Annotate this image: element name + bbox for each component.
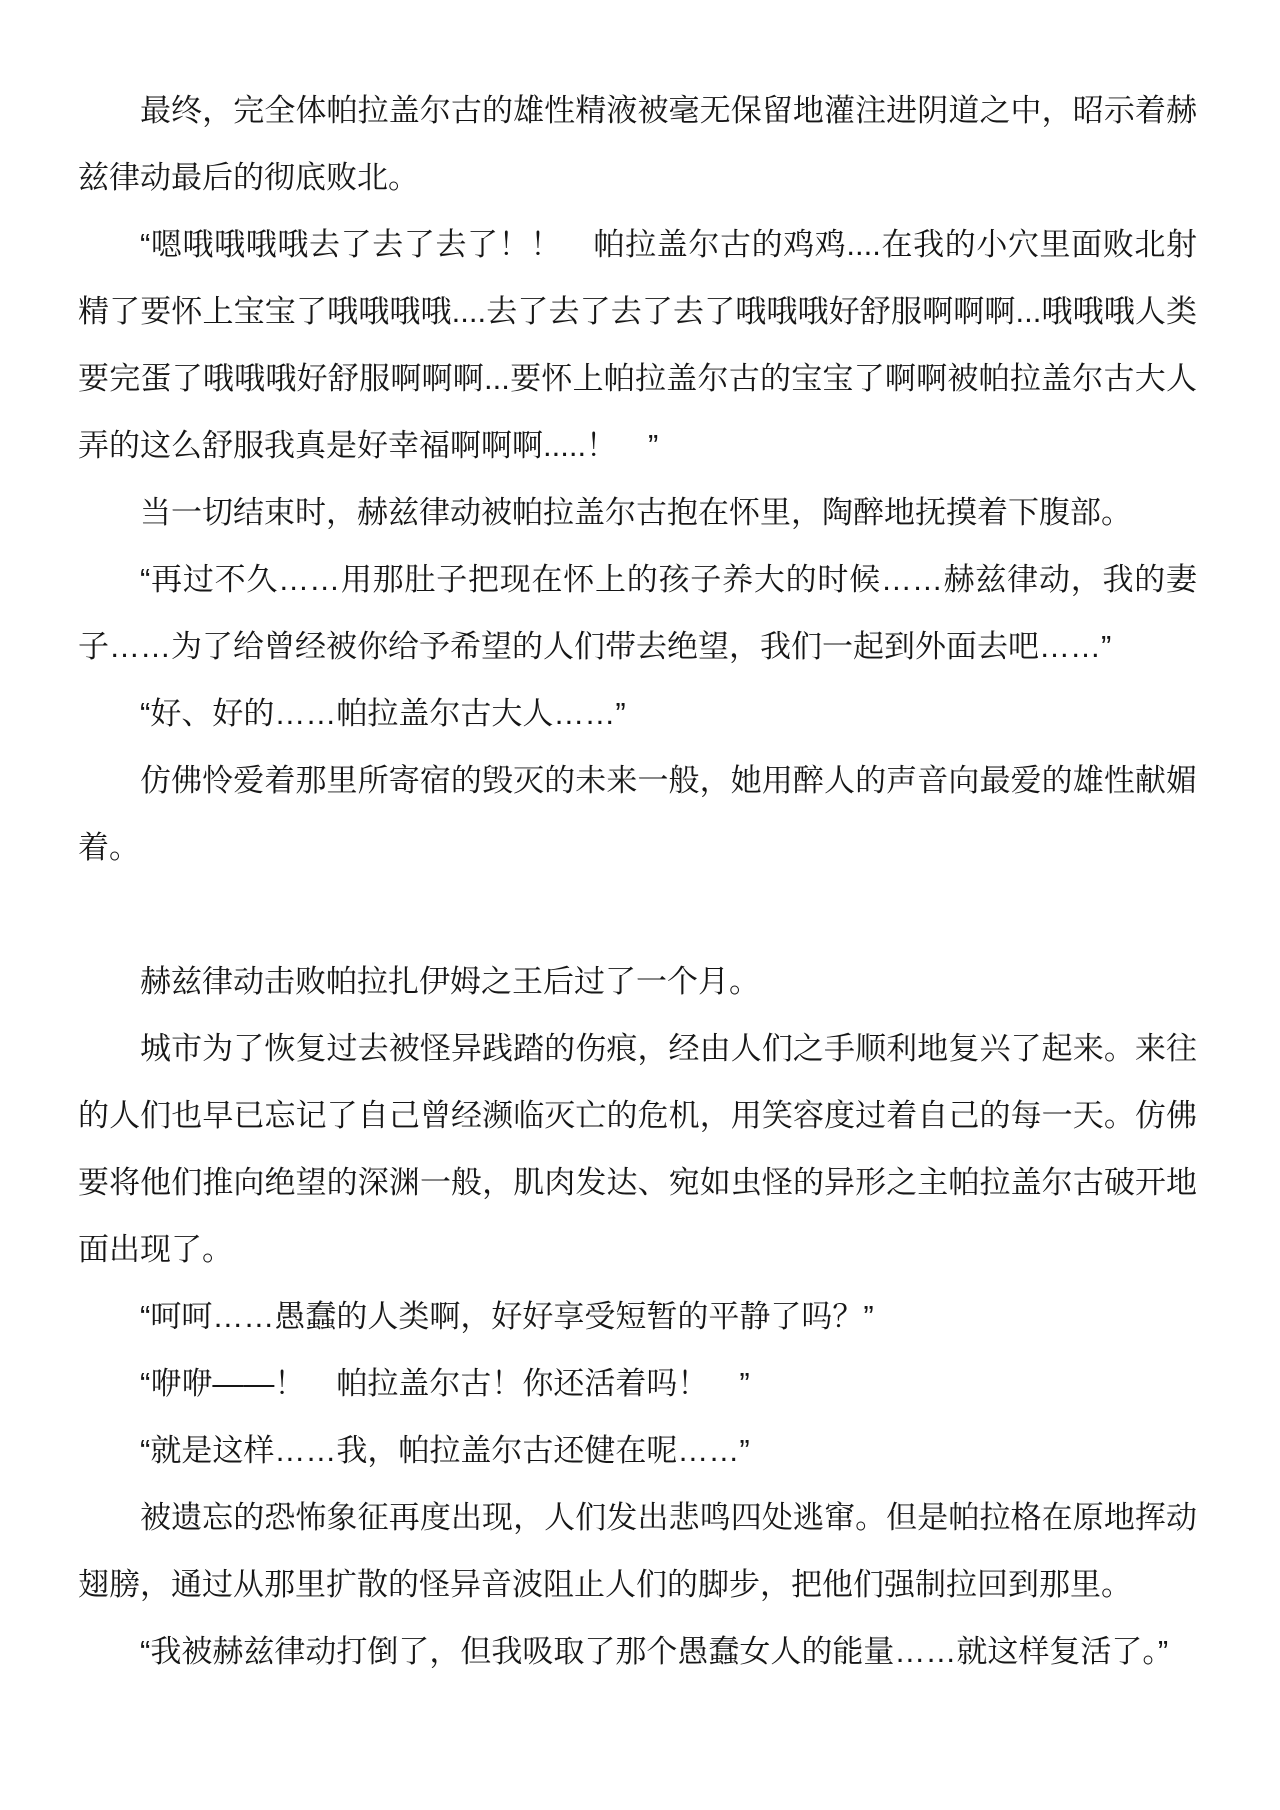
paragraph: “呵呵……愚蠢的人类啊，好好享受短暂的平静了吗？” <box>78 1283 1197 1350</box>
paragraph: 被遗忘的恐怖象征再度出现，人们发出悲鸣四处逃窜。但是帕拉格在原地挥动翅膀，通过从… <box>78 1484 1197 1618</box>
document-text-body: 最终，完全体帕拉盖尔古的雄性精液被毫无保留地灌注进阴道之中，昭示着赫兹律动最后的… <box>78 77 1197 1685</box>
paragraph: “再过不久……用那肚子把现在怀上的孩子养大的时候……赫兹律动，我的妻子……为了给… <box>78 546 1197 680</box>
paragraph: 当一切结束时，赫兹律动被帕拉盖尔古抱在怀里，陶醉地抚摸着下腹部。 <box>78 479 1197 546</box>
paragraph: “就是这样……我，帕拉盖尔古还健在呢……” <box>78 1417 1197 1484</box>
paragraph: 最终，完全体帕拉盖尔古的雄性精液被毫无保留地灌注进阴道之中，昭示着赫兹律动最后的… <box>78 77 1197 211</box>
paragraph: “好、好的……帕拉盖尔古大人……” <box>78 680 1197 747</box>
paragraph: 城市为了恢复过去被怪异践踏的伤痕，经由人们之手顺利地复兴了起来。来往的人们也早已… <box>78 1015 1197 1283</box>
paragraph: 仿佛怜爱着那里所寄宿的毁灭的未来一般，她用醉人的声音向最爱的雄性献媚着。 <box>78 747 1197 881</box>
document-page: 最终，完全体帕拉盖尔古的雄性精液被毫无保留地灌注进阴道之中，昭示着赫兹律动最后的… <box>0 0 1280 1810</box>
paragraph: “咿咿——！ 帕拉盖尔古！你还活着吗！ ” <box>78 1350 1197 1417</box>
paragraph: 赫兹律动击败帕拉扎伊姆之王后过了一个月。 <box>78 948 1197 1015</box>
paragraph: “我被赫兹律动打倒了，但我吸取了那个愚蠢女人的能量……就这样复活了。” <box>78 1618 1197 1685</box>
blank-line <box>78 881 1197 948</box>
paragraph: “嗯哦哦哦哦去了去了去了！！ 帕拉盖尔古的鸡鸡....在我的小穴里面败北射精了要… <box>78 211 1197 479</box>
